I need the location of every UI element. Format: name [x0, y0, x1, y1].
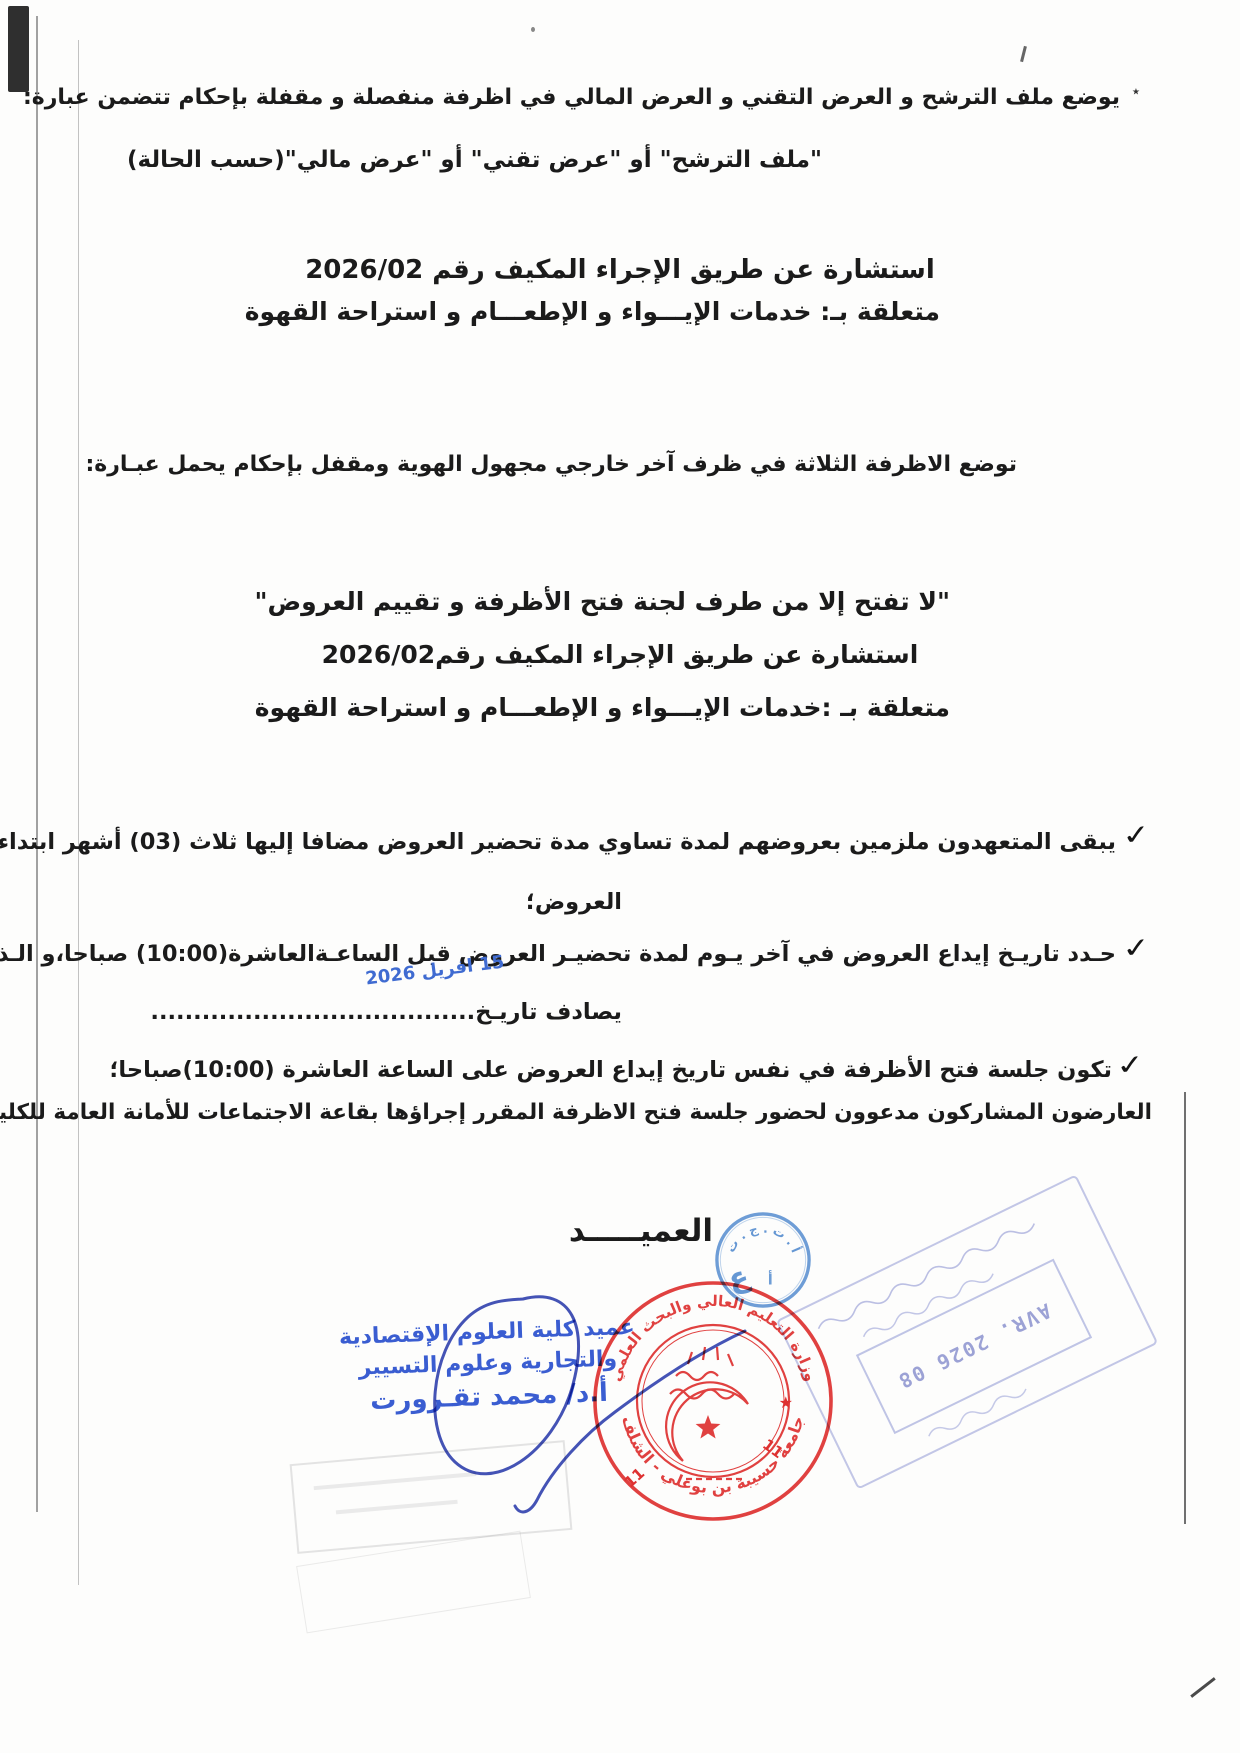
- list-bullet: ٭: [1132, 82, 1140, 100]
- checklist-item-validity-cont: العروض؛: [526, 889, 622, 915]
- checklist-item-deadline: حـدد تاريـخ إيداع العروض في آخر يـوم لمد…: [0, 941, 1116, 967]
- paragraph-envelopes: يوضع ملف الترشح و العرض التقني و العرض ا…: [23, 85, 1120, 110]
- emblem-star: [696, 1415, 721, 1439]
- checkmark-icon: ✓: [1115, 1049, 1147, 1082]
- dean-title: العميـــــد: [569, 1213, 713, 1249]
- red-stamp-star: ★: [779, 1393, 793, 1412]
- page-edge-line-left: [78, 40, 79, 1585]
- red-stamp-number: 11: [621, 1464, 649, 1491]
- checkmark-icon: ✓: [1121, 932, 1153, 965]
- checkmark-icon: ✓: [1121, 819, 1153, 852]
- checklist-item-deadline-dotted-line: يصادف تاريـخ............................…: [150, 999, 622, 1025]
- scan-corner-bar: [8, 6, 29, 92]
- consultation-subject: متعلقة بـ: خدمات الإيـــواء و الإطعـــام…: [300, 297, 940, 326]
- paragraph-outer-envelope: توضع الاظرفة الثلاثة في ظرف آخر خارجي مج…: [85, 452, 1017, 477]
- blue-stamp-letters: أ . ت . ج . ت: [723, 1221, 803, 1254]
- blue-stamp-side-letter: أ: [768, 1270, 773, 1289]
- ghost-stamp: [290, 1440, 573, 1554]
- envelope-label-heading: "لا تفتح إلا من طرف لجنة فتح الأظرفة و ت…: [290, 575, 950, 734]
- dean-name-stamp: عميد كلية العلوم الإقتصادية والتجارية وع…: [336, 1315, 639, 1417]
- svg-text:أ . ت . ج . ت: أ . ت . ج . ت: [723, 1221, 803, 1254]
- checklist-item-opening-session: تكون جلسة فتح الأظرفة في نفس تاريخ إيداع…: [109, 1057, 1112, 1083]
- dean-stamp-line2: والتجارية وعلوم التسيير: [338, 1346, 639, 1381]
- faculty-round-stamp: أ . ت . ج . ت ع أ: [712, 1209, 814, 1311]
- closing-invitation-line: العارضون المشاركون مدعوون لحضور جلسة فتح…: [0, 1100, 1152, 1125]
- page-edge-line-right: [1184, 1092, 1186, 1524]
- consultation-title-2: استشارة عن طريق الإجراء المكيف رقم2026/0…: [290, 628, 950, 681]
- consultation-heading: استشارة عن طريق الإجراء المكيف رقم 2026/…: [300, 255, 940, 326]
- checklist-item-validity: يبقى المتعهدون ملزمين بعروضهم لمدة تساوي…: [0, 829, 1116, 855]
- scan-speck: [531, 27, 535, 32]
- scan-speck: [1020, 46, 1027, 62]
- paragraph-envelopes-quote: "ملف الترشح" أو "عرض تقني" أو "عرض مالي"…: [127, 147, 822, 173]
- consultation-title: استشارة عن طريق الإجراء المكيف رقم 2026/…: [300, 255, 940, 285]
- scanned-document-page: ٭ يوضع ملف الترشح و العرض التقني و العرض…: [0, 0, 1240, 1753]
- algerian-emblem: [666, 1347, 748, 1479]
- consultation-subject-2: متعلقة بـ :خدمات الإيـــواء و الإطعـــام…: [290, 681, 950, 734]
- scan-corner-mark: [1190, 1677, 1215, 1698]
- scan-edge-line: [36, 16, 38, 1512]
- do-not-open-line: "لا تفتح إلا من طرف لجنة فتح الأظرفة و ت…: [290, 575, 950, 628]
- dean-stamp-line1: عميد كلية العلوم الإقتصادية: [336, 1315, 637, 1350]
